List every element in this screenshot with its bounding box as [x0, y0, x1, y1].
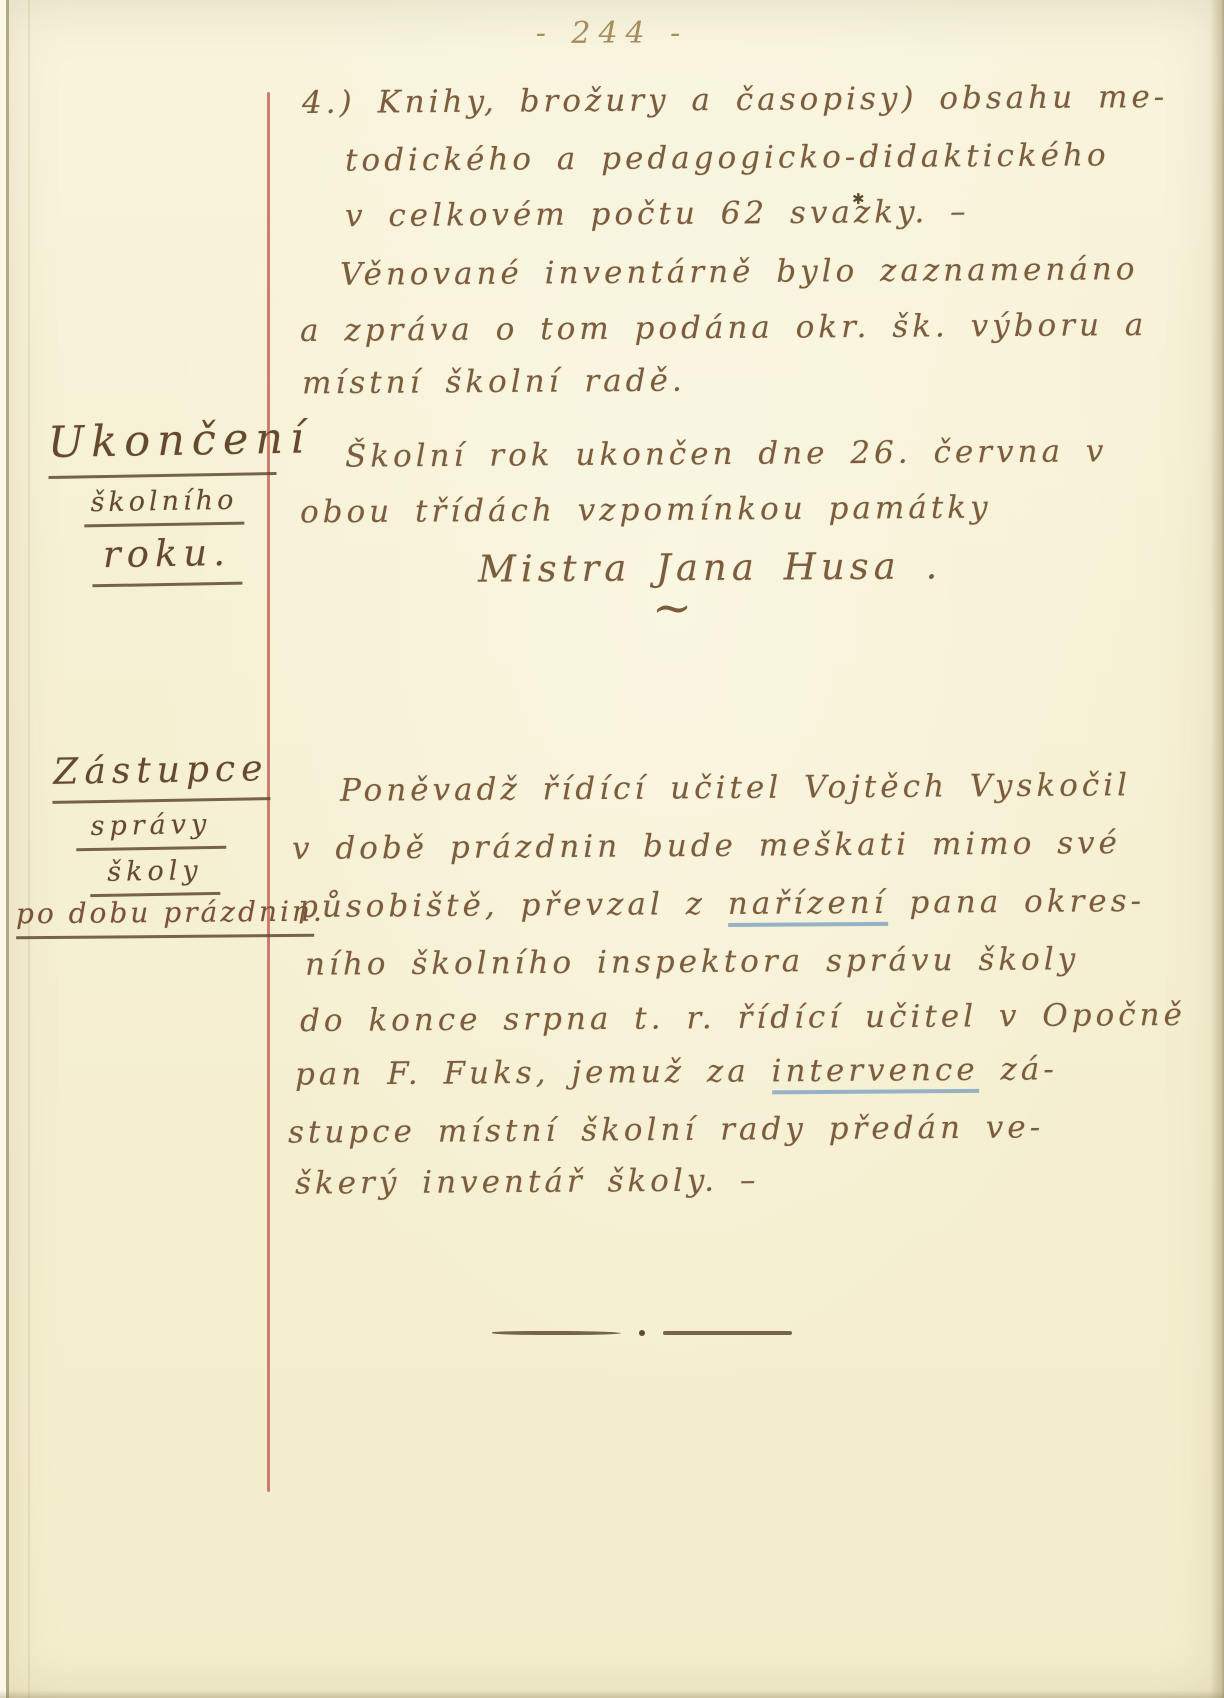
scan-right-edge [1210, 0, 1224, 1698]
text-segment: pan F. Fuks, jemuž za [295, 1053, 772, 1092]
text-line: do konce srpna t. r. řídící učitel v Opo… [300, 997, 1186, 1039]
text-line: obou třídách vzpomínkou památky [300, 490, 992, 531]
text-line: Mistra Jana Husa . [478, 544, 943, 590]
margin-note-line: školního [84, 485, 245, 528]
blue-underlined-word: intervence [771, 1052, 978, 1094]
correction-mark: ✱ [852, 190, 865, 208]
text-line: v době prázdnin bude meškati mimo své [292, 825, 1121, 867]
text-line: a zpráva o tom podána okr. šk. výboru a [300, 307, 1148, 349]
margin-note-line: školy [90, 855, 221, 897]
text-line: v celkovém počtu 62 svazky. – [345, 194, 970, 234]
margin-note-line: Ukončení [47, 414, 276, 479]
margin-note-line: správy [76, 809, 227, 852]
text-line: pan F. Fuks, jemuž za intervence zá- [295, 1051, 1058, 1092]
text-segment: působiště, převzal z [298, 886, 728, 925]
text-line: todického a pedagogicko-didaktického [345, 137, 1110, 178]
text-line: Poněvadž řídící učitel Vojtěch Vyskočil [340, 767, 1131, 809]
text-segment: zá- [979, 1051, 1058, 1088]
page-number: - 244 - [536, 16, 689, 51]
text-line: škerý inventář školy. – [295, 1162, 760, 1201]
scan-left-crease [28, 0, 30, 1698]
text-line: 4.) Knihy, brožury a časopisy) obsahu me… [302, 79, 1168, 121]
text-line: Školní rok ukončen dne 26. června v [345, 433, 1108, 474]
manuscript-page: - 244 - Ukončení školního roku. Zástupce… [0, 0, 1224, 1698]
text-line: působiště, převzal z nařízení pana okres… [298, 883, 1145, 925]
text-line: místní školní radě. [302, 363, 686, 402]
flourish-tilde: ~ [652, 580, 692, 636]
divider-line [663, 1331, 792, 1335]
text-line: Věnované inventárně bylo zaznamenáno [340, 251, 1139, 293]
margin-note-line: roku. [92, 531, 243, 588]
margin-note-line: po dobu prázdnin. [16, 895, 314, 940]
margin-note-line: Zástupce [52, 748, 271, 804]
text-line: ního školního inspektora správu školy [305, 941, 1079, 982]
divider-dot [639, 1330, 645, 1336]
blue-underlined-word: nařízení [728, 885, 888, 927]
scan-bottom-edge [0, 1690, 1224, 1698]
scan-left-edge-line [6, 0, 9, 1698]
text-segment: pana okres- [887, 883, 1145, 921]
text-line: stupce místní školní rady předán ve- [288, 1109, 1044, 1150]
closing-divider [492, 1330, 792, 1336]
divider-line [492, 1331, 621, 1335]
